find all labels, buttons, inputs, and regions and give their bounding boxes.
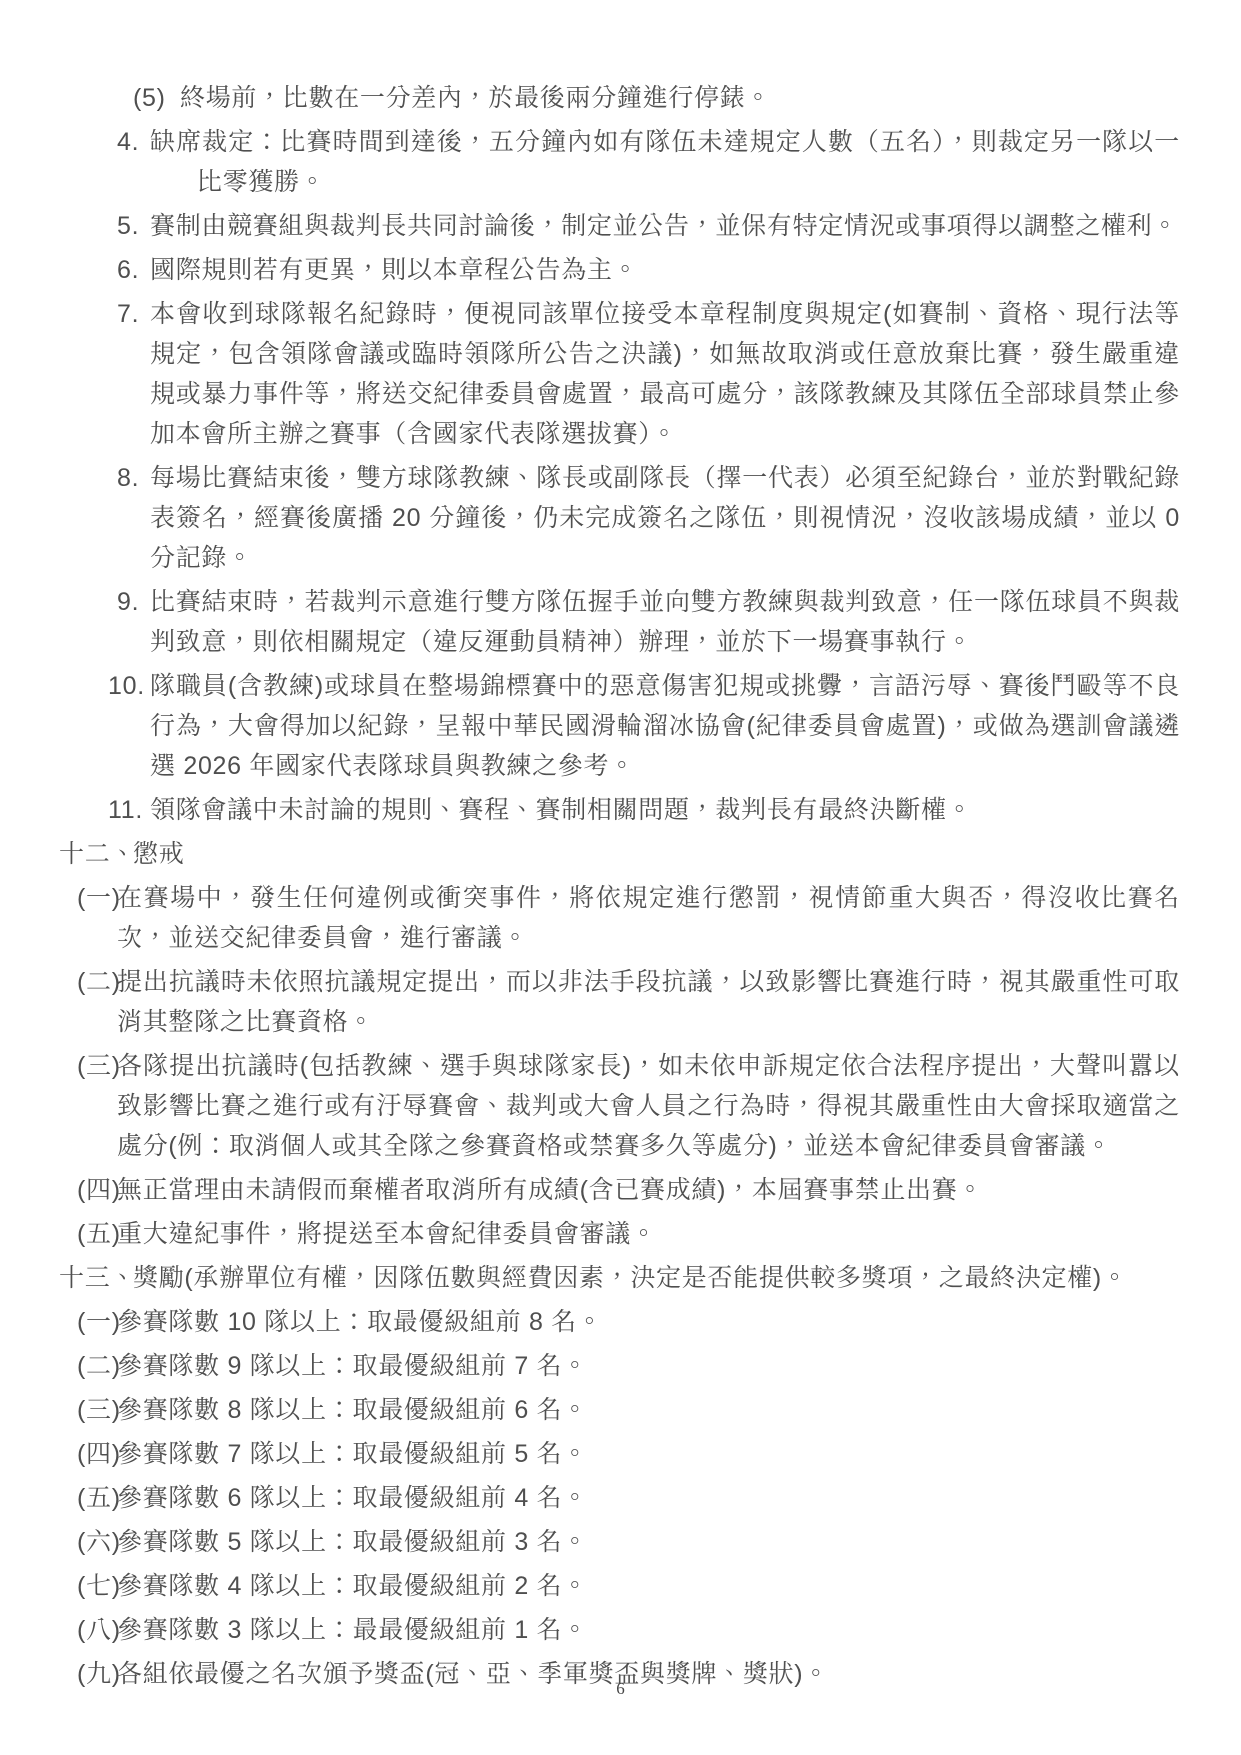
item-label: 6. bbox=[117, 250, 150, 290]
list-item: 5. 賽制由競賽組與裁判長共同討論後，制定並公告，並保有特定情況或事項得以調整之… bbox=[0, 206, 1241, 246]
list-item: (三) 參賽隊數 8 隊以上：取最優級組前 6 名。 bbox=[0, 1390, 1241, 1430]
item-label: 十三、 bbox=[59, 1258, 133, 1298]
list-item: 10. 隊職員(含教練)或球員在整場錦標賽中的惡意傷害犯規或挑釁，言語污辱、賽後… bbox=[0, 666, 1241, 786]
item-label: (5) bbox=[133, 78, 180, 118]
list-item: (一) 參賽隊數 10 隊以上：取最優級組前 8 名。 bbox=[0, 1302, 1241, 1342]
list-item: 9. 比賽結束時，若裁判示意進行雙方隊伍握手並向雙方教練與裁判致意，任一隊伍球員… bbox=[0, 582, 1241, 662]
list-item: 4. 缺席裁定：比賽時間到達後，五分鐘內如有隊伍未達規定人數（五名），則裁定另一… bbox=[0, 122, 1241, 202]
item-label: (二) bbox=[77, 962, 117, 1002]
item-label: 5. bbox=[117, 206, 150, 246]
item-text: 每場比賽結束後，雙方球隊教練、隊長或副隊長（擇一代表）必須至紀錄台，並於對戰紀錄… bbox=[150, 458, 1180, 578]
list-item: (5) 終場前，比數在一分差內，於最後兩分鐘進行停錶。 bbox=[0, 78, 1241, 118]
item-text: 缺席裁定：比賽時間到達後，五分鐘內如有隊伍未達規定人數（五名），則裁定另一隊以一… bbox=[150, 122, 1180, 202]
item-label: (四) bbox=[77, 1434, 117, 1474]
item-label: 11. bbox=[108, 790, 150, 830]
item-text: 本會收到球隊報名紀錄時，便視同該單位接受本章程制度與規定(如賽制、資格、現行法等… bbox=[150, 294, 1180, 454]
item-label: (三) bbox=[77, 1390, 117, 1430]
item-text: 在賽場中，發生任何違例或衝突事件，將依規定進行懲罰，視情節重大與否，得沒收比賽名… bbox=[117, 878, 1180, 958]
list-item: (七) 參賽隊數 4 隊以上：取最優級組前 2 名。 bbox=[0, 1566, 1241, 1606]
list-item: (三) 各隊提出抗議時(包括教練、選手與球隊家長)，如未依申訴規定依合法程序提出… bbox=[0, 1046, 1241, 1166]
page-number: 6 bbox=[0, 1678, 1241, 1700]
item-text: 懲戒 bbox=[133, 834, 1180, 874]
item-label: 10. bbox=[108, 666, 150, 706]
item-label: 8. bbox=[117, 458, 150, 498]
list-item: 7. 本會收到球隊報名紀錄時，便視同該單位接受本章程制度與規定(如賽制、資格、現… bbox=[0, 294, 1241, 454]
item-text: 參賽隊數 8 隊以上：取最優級組前 6 名。 bbox=[117, 1390, 1180, 1430]
item-text: 參賽隊數 5 隊以上：取最優級組前 3 名。 bbox=[117, 1522, 1180, 1562]
list-item: (五) 參賽隊數 6 隊以上：取最優級組前 4 名。 bbox=[0, 1478, 1241, 1518]
list-item: 6. 國際規則若有更異，則以本章程公告為主。 bbox=[0, 250, 1241, 290]
item-text: 重大違紀事件，將提送至本會紀律委員會審議。 bbox=[117, 1214, 1180, 1254]
item-label: (六) bbox=[77, 1522, 117, 1562]
item-label: 十二、 bbox=[59, 834, 133, 874]
item-text: 賽制由競賽組與裁判長共同討論後，制定並公告，並保有特定情況或事項得以調整之權利。 bbox=[150, 206, 1180, 246]
item-text: 參賽隊數 9 隊以上：取最優級組前 7 名。 bbox=[117, 1346, 1180, 1386]
item-text: 終場前，比數在一分差內，於最後兩分鐘進行停錶。 bbox=[180, 78, 1180, 118]
item-label: 4. bbox=[117, 122, 150, 162]
item-text: 隊職員(含教練)或球員在整場錦標賽中的惡意傷害犯規或挑釁，言語污辱、賽後鬥毆等不… bbox=[150, 666, 1180, 786]
item-text: 參賽隊數 7 隊以上：取最優級組前 5 名。 bbox=[117, 1434, 1180, 1474]
item-text: 參賽隊數 6 隊以上：取最優級組前 4 名。 bbox=[117, 1478, 1180, 1518]
item-label: (四) bbox=[77, 1170, 117, 1210]
item-text: 比賽結束時，若裁判示意進行雙方隊伍握手並向雙方教練與裁判致意，任一隊伍球員不與裁… bbox=[150, 582, 1180, 662]
item-label: (七) bbox=[77, 1566, 117, 1606]
list-item: (八) 參賽隊數 3 隊以上：最最優級組前 1 名。 bbox=[0, 1610, 1241, 1650]
list-item: (二) 參賽隊數 9 隊以上：取最優級組前 7 名。 bbox=[0, 1346, 1241, 1386]
item-label: (三) bbox=[77, 1046, 117, 1086]
section-heading: 十二、 懲戒 bbox=[0, 834, 1241, 874]
item-text: 無正當理由未請假而棄權者取消所有成績(含已賽成績)，本屆賽事禁止出賽。 bbox=[117, 1170, 1180, 1210]
item-text: 參賽隊數 3 隊以上：最最優級組前 1 名。 bbox=[117, 1610, 1180, 1650]
item-label: (五) bbox=[77, 1478, 117, 1518]
list-item: (六) 參賽隊數 5 隊以上：取最優級組前 3 名。 bbox=[0, 1522, 1241, 1562]
document-content: (5) 終場前，比數在一分差內，於最後兩分鐘進行停錶。 4. 缺席裁定：比賽時間… bbox=[0, 0, 1241, 1694]
document-page: (5) 終場前，比數在一分差內，於最後兩分鐘進行停錶。 4. 缺席裁定：比賽時間… bbox=[0, 0, 1241, 1755]
item-text: 國際規則若有更異，則以本章程公告為主。 bbox=[150, 250, 1180, 290]
item-text: 領隊會議中未討論的規則、賽程、賽制相關問題，裁判長有最終決斷權。 bbox=[150, 790, 1180, 830]
item-label: (八) bbox=[77, 1610, 117, 1650]
list-item: 8. 每場比賽結束後，雙方球隊教練、隊長或副隊長（擇一代表）必須至紀錄台，並於對… bbox=[0, 458, 1241, 578]
list-item: 11. 領隊會議中未討論的規則、賽程、賽制相關問題，裁判長有最終決斷權。 bbox=[0, 790, 1241, 830]
item-label: (一) bbox=[77, 878, 117, 918]
list-item: (一) 在賽場中，發生任何違例或衝突事件，將依規定進行懲罰，視情節重大與否，得沒… bbox=[0, 878, 1241, 958]
list-item: (四) 參賽隊數 7 隊以上：取最優級組前 5 名。 bbox=[0, 1434, 1241, 1474]
item-label: (一) bbox=[77, 1302, 117, 1342]
item-text: 各隊提出抗議時(包括教練、選手與球隊家長)，如未依申訴規定依合法程序提出，大聲叫… bbox=[117, 1046, 1180, 1166]
list-item: (五) 重大違紀事件，將提送至本會紀律委員會審議。 bbox=[0, 1214, 1241, 1254]
section-heading: 十三、 獎勵(承辦單位有權，因隊伍數與經費因素，決定是否能提供較多獎項，之最終決… bbox=[0, 1258, 1241, 1298]
list-item: (四) 無正當理由未請假而棄權者取消所有成績(含已賽成績)，本屆賽事禁止出賽。 bbox=[0, 1170, 1241, 1210]
item-label: (五) bbox=[77, 1214, 117, 1254]
item-label: (二) bbox=[77, 1346, 117, 1386]
item-label: 9. bbox=[117, 582, 150, 622]
item-text: 參賽隊數 10 隊以上：取最優級組前 8 名。 bbox=[117, 1302, 1180, 1342]
item-label: 7. bbox=[117, 294, 150, 334]
list-item: (二) 提出抗議時未依照抗議規定提出，而以非法手段抗議，以致影響比賽進行時，視其… bbox=[0, 962, 1241, 1042]
item-text: 獎勵(承辦單位有權，因隊伍數與經費因素，決定是否能提供較多獎項，之最終決定權)。 bbox=[133, 1258, 1180, 1298]
item-text: 參賽隊數 4 隊以上：取最優級組前 2 名。 bbox=[117, 1566, 1180, 1606]
item-text: 提出抗議時未依照抗議規定提出，而以非法手段抗議，以致影響比賽進行時，視其嚴重性可… bbox=[117, 962, 1180, 1042]
